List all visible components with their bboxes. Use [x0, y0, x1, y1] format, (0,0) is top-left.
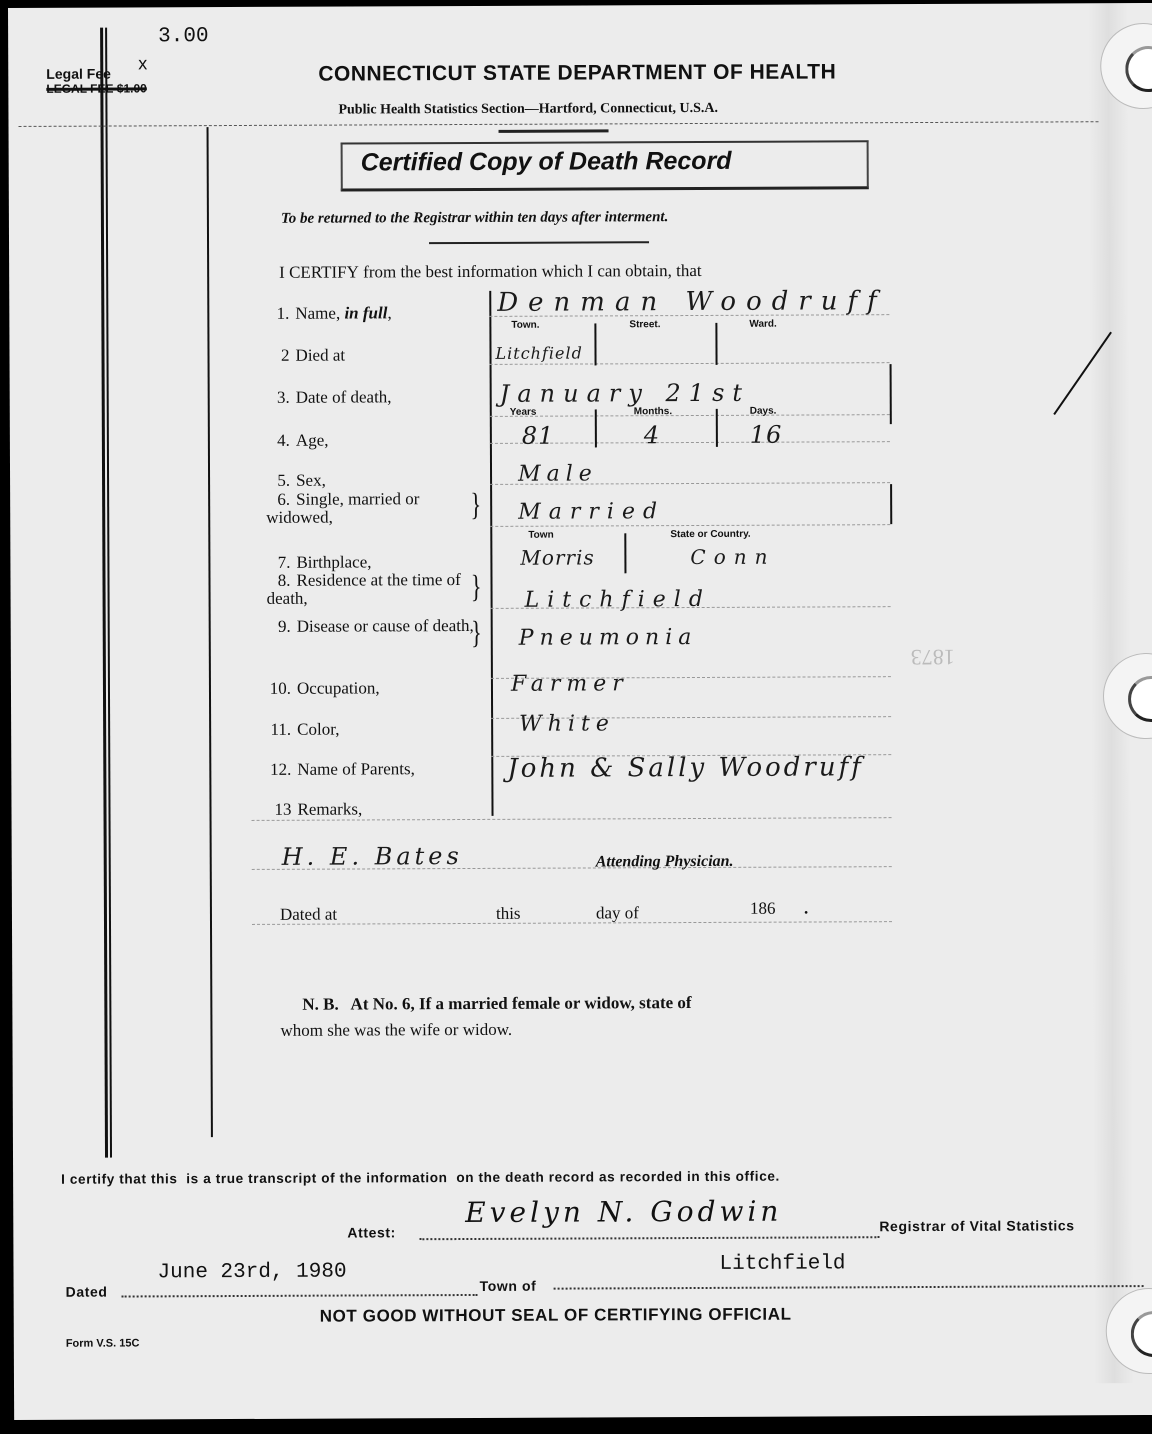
value-age-months: 4: [644, 421, 660, 449]
brace-6: }: [468, 486, 484, 523]
fee-label: Legal Fee: [46, 66, 111, 82]
dated-year-prefix: 186: [750, 899, 776, 919]
note-line-1: N. B. At No. 6, If a married female or w…: [302, 993, 691, 1015]
value-date-of-death: January 21st: [500, 379, 750, 408]
dated-value: June 23rd, 1980: [157, 1261, 346, 1285]
value-birthplace-town: Morris: [520, 545, 594, 569]
town-of-label: Town of: [480, 1278, 537, 1294]
field-label-color: 11.Color,: [267, 720, 339, 740]
certification-statement: I certify that this is a true transcript…: [61, 1169, 780, 1187]
certify-intro: I CERTIFY from the best information whic…: [279, 261, 702, 283]
physician-label: Attending Physician.: [596, 853, 734, 872]
value-age-days: 16: [750, 421, 783, 449]
age-col-years: Years: [510, 407, 537, 418]
attest-label: Attest:: [347, 1224, 396, 1240]
birthplace-col-town: Town: [528, 530, 553, 541]
brace-8: }: [468, 568, 484, 605]
note-line-2: whom she was the wife or widow.: [280, 1020, 512, 1041]
department-heading: CONNECTICUT STATE DEPARTMENT OF HEALTH: [318, 60, 836, 86]
field-label-marital-status: 6.Single, married or widowed,: [266, 490, 476, 527]
died-at-col-street: Street.: [629, 319, 660, 330]
fee-struck-text: LEGAL FEE $1.00: [46, 81, 147, 95]
age-divider-2: [716, 409, 718, 447]
brace-9: }: [469, 614, 485, 651]
value-name: Denman Woodruff: [497, 286, 887, 318]
field-label-cause-of-death: 9.Disease or cause of death,: [267, 617, 477, 636]
row-line-3: [490, 414, 890, 417]
field-label-residence: 8.Residence at the time of death,: [266, 571, 476, 608]
document-title: Certified Copy of Death Record: [361, 147, 732, 178]
registrar-title: Registrar of Vital Statistics: [879, 1217, 1074, 1234]
field-label-age: 4.Age,: [266, 431, 329, 451]
certify-word: I CERTIFY: [279, 262, 359, 281]
return-instruction: To be returned to the Registrar within t…: [281, 209, 668, 228]
right-form-edge: [890, 364, 892, 424]
died-at-divider-1: [594, 323, 596, 365]
instruction-underline: [429, 241, 649, 244]
town-of-value: Litchfield: [719, 1252, 845, 1276]
form-value-divider: [489, 291, 493, 816]
dated-at-label: Dated at: [280, 905, 337, 925]
title-underline: [499, 129, 609, 132]
age-divider-1: [595, 409, 597, 447]
field-label-name: 1.Name, in full,: [265, 303, 391, 324]
died-at-divider-2: [715, 323, 717, 365]
seal-warning: NOT GOOD WITHOUT SEAL OF CERTIFYING OFFI…: [320, 1305, 792, 1327]
attest-signature-line: [419, 1236, 879, 1240]
value-parents: John & Sally Woodruff: [507, 752, 864, 784]
value-birthplace-state: Conn: [690, 545, 775, 569]
field-label-died-at: 2Died at: [265, 346, 345, 366]
dated-this-label: this: [496, 904, 521, 924]
value-residence: Litchfield: [525, 587, 711, 613]
value-marital-status: Married: [518, 499, 665, 525]
field-label-parents: 12.Name of Parents,: [267, 759, 415, 780]
value-cause-of-death: Pneumonia: [519, 625, 698, 651]
top-rule: [19, 121, 1099, 127]
field-label-occupation: 10.Occupation,: [267, 678, 380, 698]
town-of-line: [554, 1285, 1144, 1290]
margin-rule-left-3: [207, 127, 213, 1137]
age-col-months: Months.: [634, 406, 672, 417]
section-subheading: Public Health Statistics Section—Hartfor…: [338, 101, 718, 119]
physician-signature: H. E. Bates: [282, 842, 463, 871]
birthplace-col-state: State or Country.: [670, 529, 750, 540]
birthplace-divider: [624, 533, 626, 573]
age-col-days: Days.: [750, 406, 777, 417]
dated-label: Dated: [66, 1284, 108, 1300]
field-label-date-of-death: 3.Date of death,: [266, 387, 392, 408]
attest-signature: Evelyn N. Godwin: [465, 1195, 782, 1229]
right-form-edge-2: [890, 484, 892, 524]
dated-day-of-label: day of: [596, 903, 639, 923]
died-at-col-ward: Ward.: [749, 319, 776, 330]
dated-period: .: [804, 899, 808, 919]
fee-amount: 3.00: [158, 25, 209, 48]
certify-rest: from the best information which I can ob…: [363, 261, 702, 281]
field-label-remarks: 13Remarks,: [267, 799, 362, 819]
fee-mark: x: [138, 53, 147, 74]
dated-line: [122, 1294, 478, 1298]
form-number: Form V.S. 15C: [66, 1337, 140, 1349]
value-color: White: [519, 711, 615, 736]
value-died-at-town: Litchfield: [495, 343, 582, 362]
value-age-years: 81: [522, 422, 555, 450]
value-occupation: Farmer: [511, 671, 629, 697]
faded-margin-stamp: 1873: [911, 644, 955, 670]
row-line-13: [252, 921, 892, 925]
field-label-sex: 5.Sex,: [266, 471, 326, 491]
died-at-col-town: Town.: [511, 320, 539, 331]
value-sex: Male: [518, 461, 598, 486]
certificate-paper: 3.00 x Legal Fee LEGAL FEE $1.00 CONNECT…: [8, 3, 1152, 1420]
